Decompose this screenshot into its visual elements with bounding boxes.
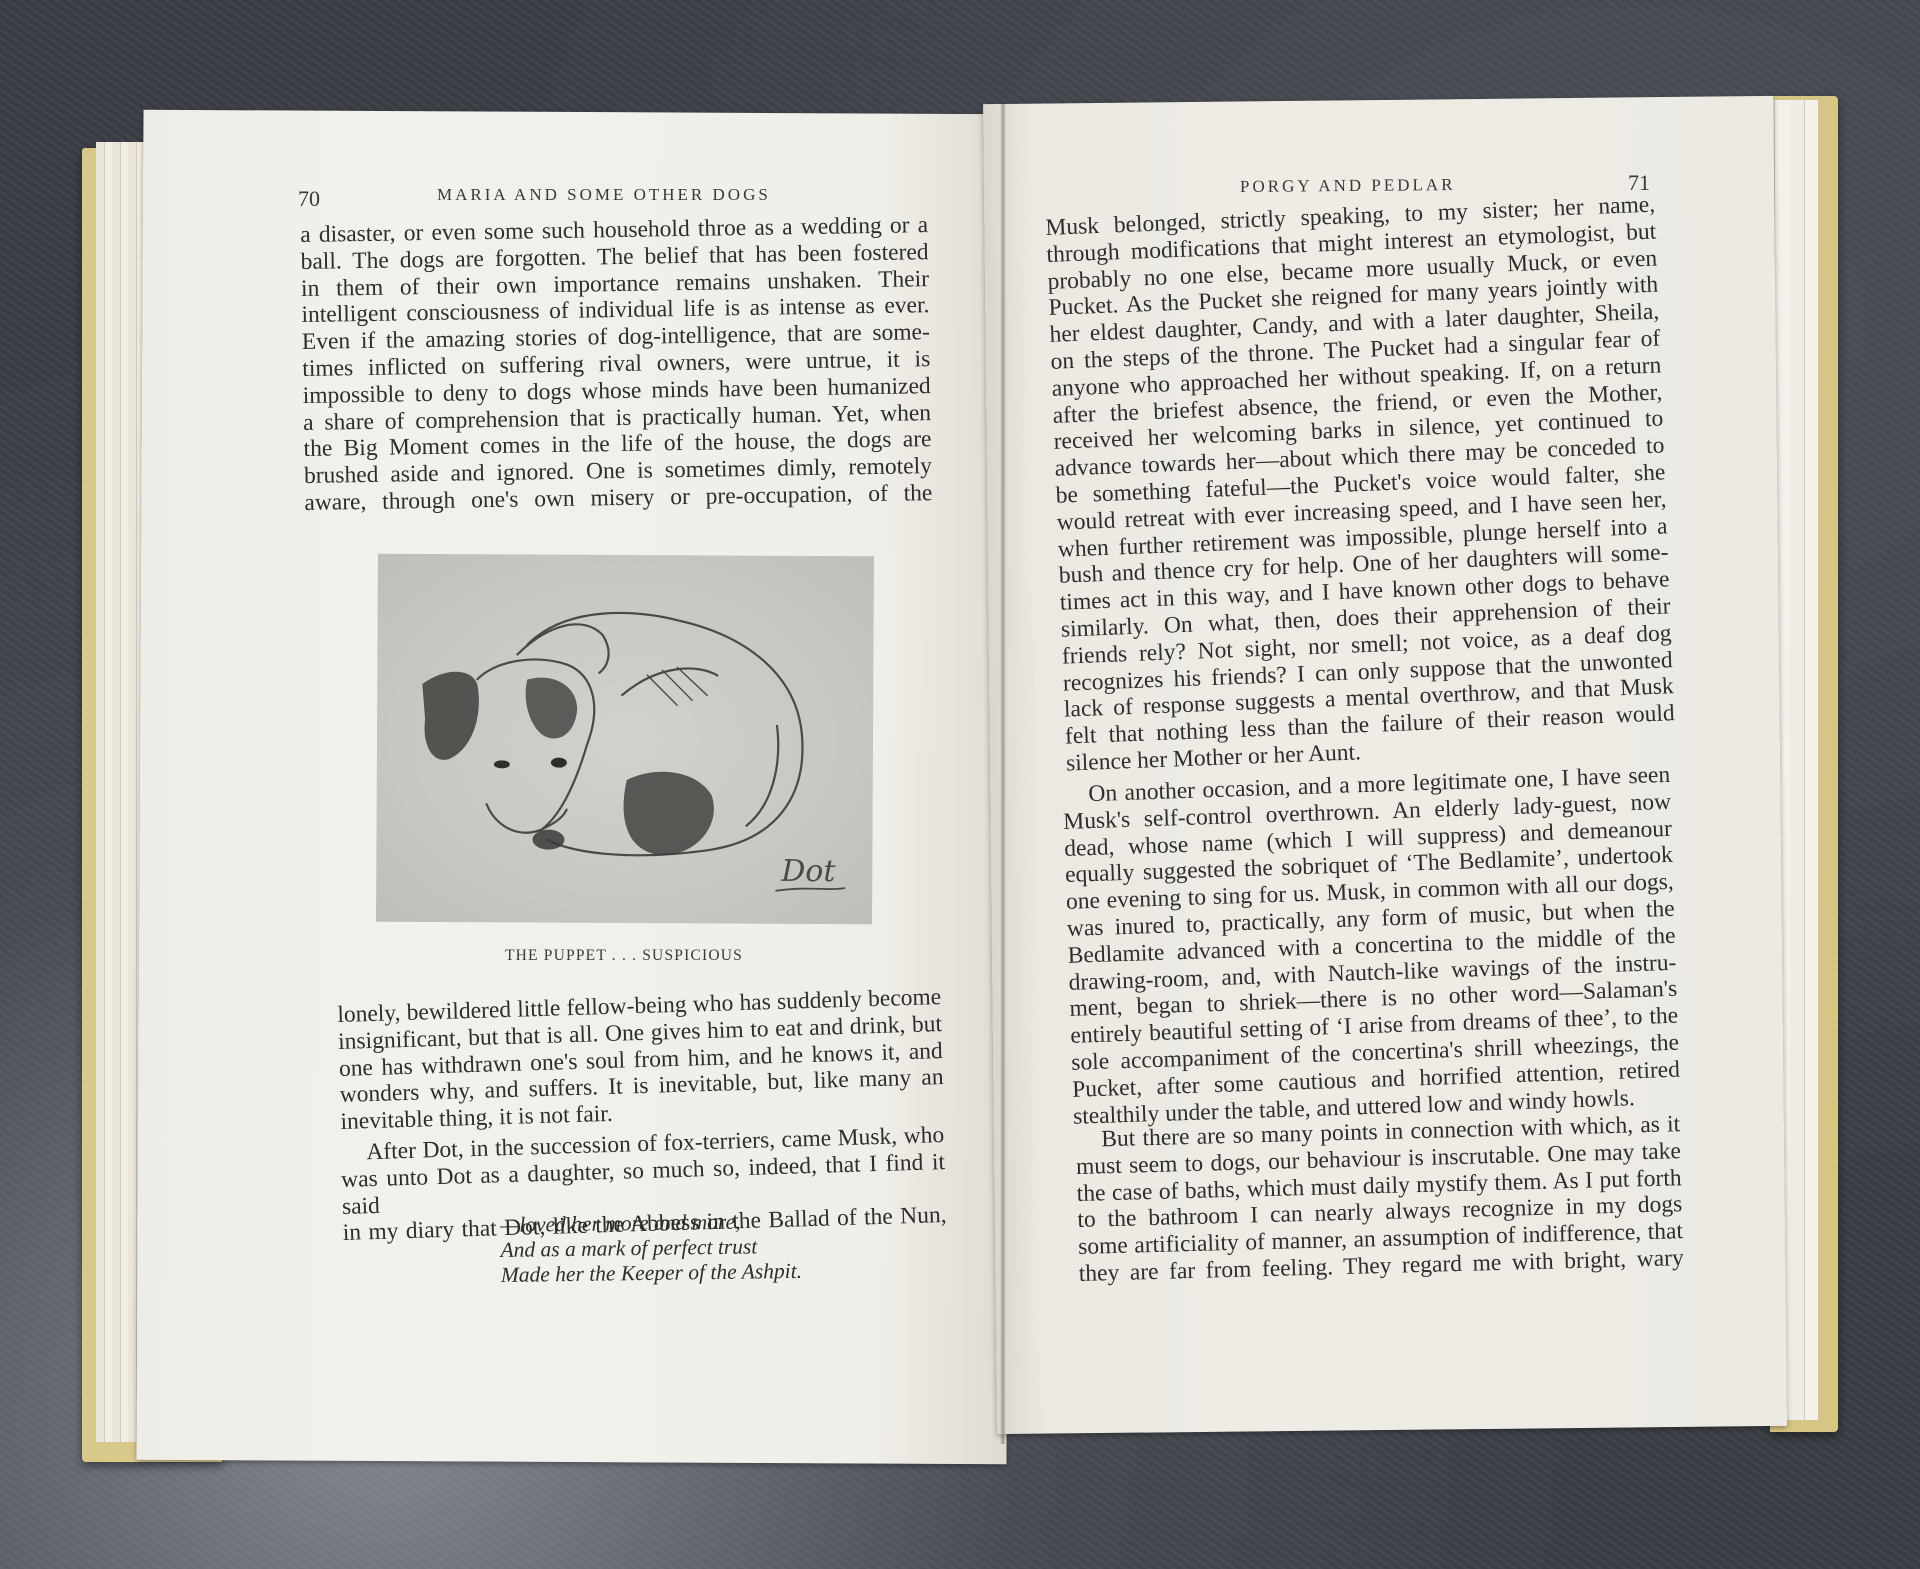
verse-quote: —loved her more and more, And as a mark … — [500, 1209, 802, 1288]
right-paragraph-2: On another occasion, and a more legitima… — [1062, 762, 1681, 1130]
left-top-paragraph: a disaster, or even some such household … — [300, 212, 933, 517]
left-page-number: 70 — [298, 186, 320, 212]
artist-signature: Dot — [780, 854, 836, 889]
illustration-caption: THE PUPPET . . . SUSPICIOUS — [505, 947, 743, 965]
right-paragraph-3: But there are so many points in connecti… — [1075, 1111, 1684, 1288]
dog-illustration: Dot — [376, 554, 874, 925]
book-gutter — [1000, 104, 1006, 1444]
right-paragraph-1: Musk belonged, strictly speaking, to my … — [1045, 192, 1676, 778]
verse-line: Made her the Keeper of the Ashpit. — [501, 1259, 802, 1288]
sleeping-terrier-sketch-icon: Dot — [376, 554, 874, 925]
right-running-head: PORGY AND PEDLAR — [1240, 175, 1456, 197]
left-bottom-paragraph: lonely, bewildered little fellow-being w… — [337, 984, 945, 1136]
book-photo-scene: 70 MARIA AND SOME OTHER DOGS a disaster,… — [0, 0, 1920, 1569]
left-running-head: MARIA AND SOME OTHER DOGS — [437, 185, 771, 205]
